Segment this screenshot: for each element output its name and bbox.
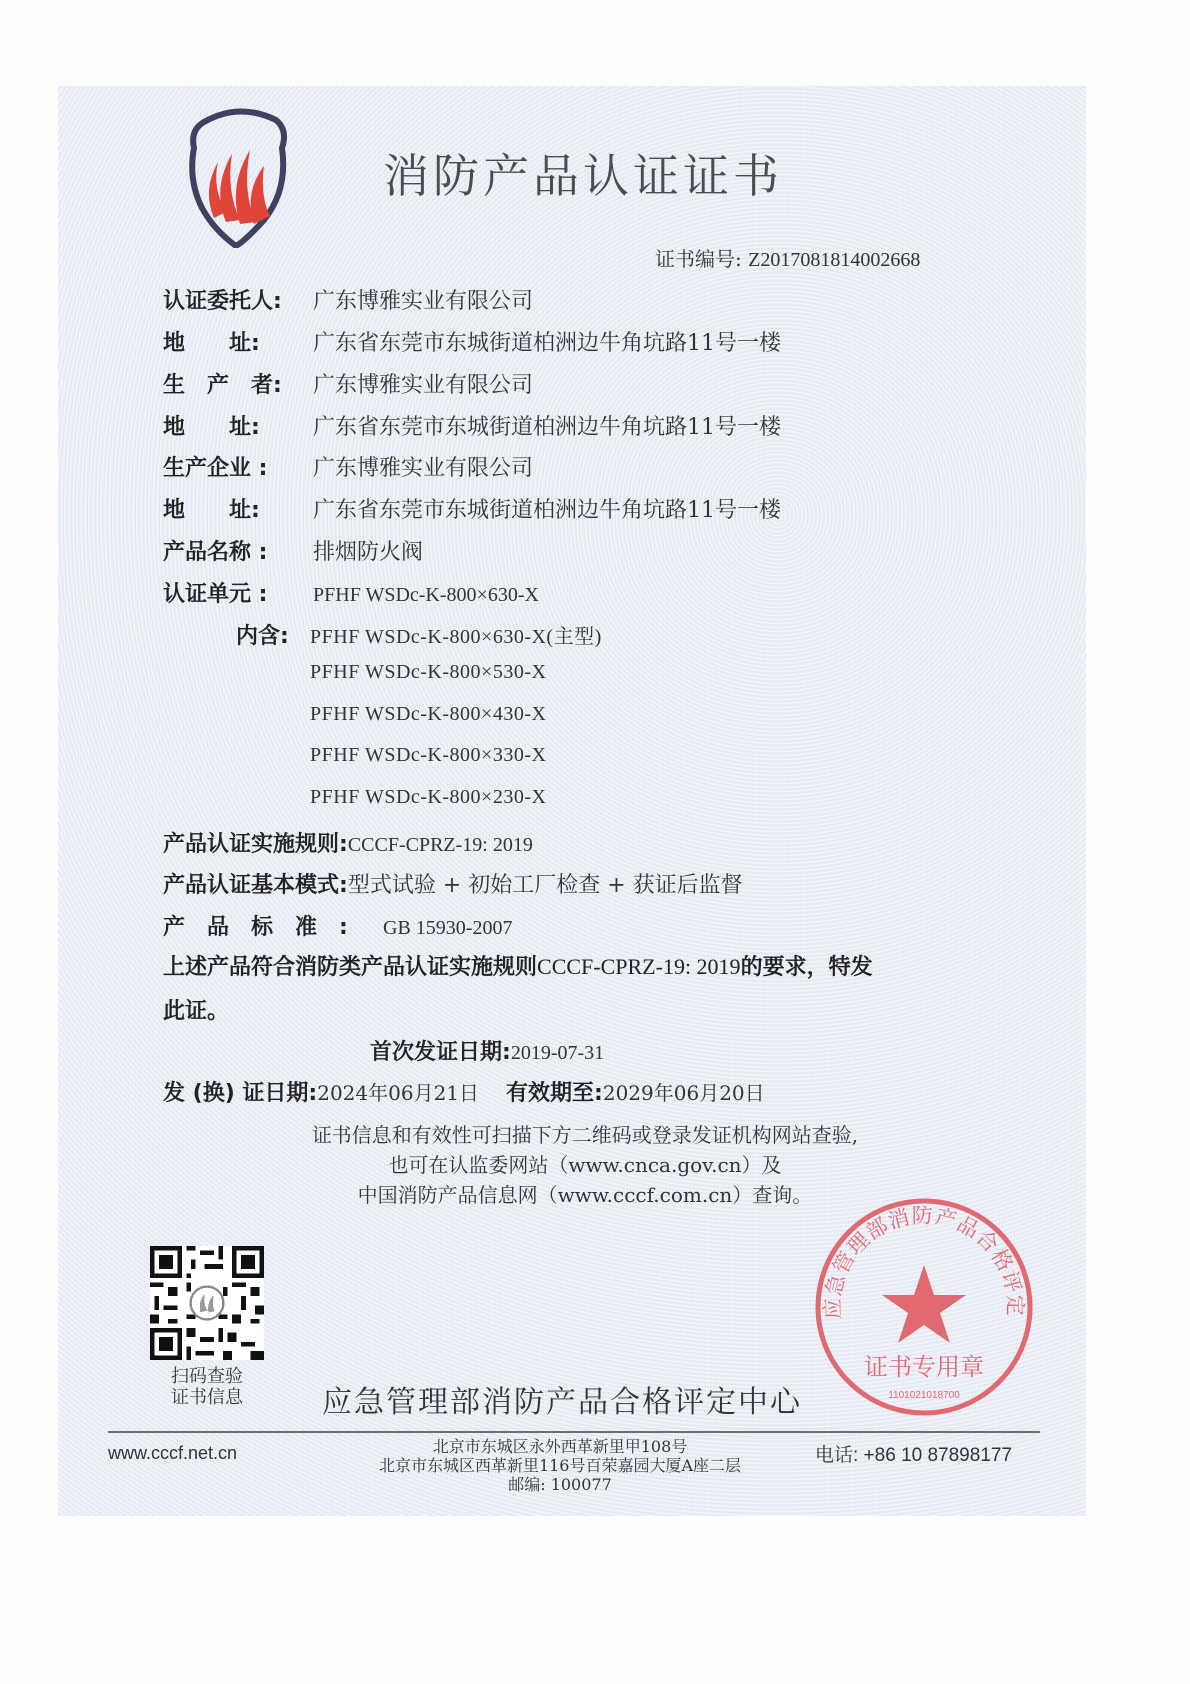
valid-label: 有效期至:	[506, 1076, 603, 1107]
field-value: 广东省东莞市东城街道柏洲边牛角坑路11号一楼	[313, 498, 781, 523]
field-value: 广东省东莞市东城街道柏洲边牛角坑路11号一楼	[313, 331, 781, 356]
qr-code[interactable]	[150, 1246, 264, 1360]
issue-date: 2024年06月21日	[317, 1081, 479, 1105]
first-issue-date: 2019-07-31	[511, 1042, 604, 1064]
certificate-number-label: 证书编号:	[655, 247, 742, 271]
footer-divider	[108, 1431, 1040, 1433]
footer-address: 北京市东城区永外西革新里甲108号 北京市东城区西革新里116号百荣嘉园大厦A座…	[330, 1437, 790, 1494]
field-manufacturer: 生产企业 :广东博雅实业有限公司	[163, 451, 533, 482]
field-certification-unit: 认证单元 :PFHF WSDc-K-800×630-X	[163, 577, 539, 608]
footer-website-link[interactable]: www.cccf.net.cn	[108, 1443, 237, 1464]
stamp-serial: 1101021018700	[888, 1390, 960, 1401]
field-label: 产品认证实施规则:	[163, 827, 348, 858]
model-item: PFHF WSDc-K-800×530-X	[310, 661, 546, 684]
field-applicant: 认证委托人:广东博雅实业有限公司	[163, 284, 533, 315]
field-manufacturer-address: 地 址:广东省东莞市东城街道柏洲边牛角坑路11号一楼	[163, 493, 781, 524]
field-product-name: 产品名称 :排烟防火阀	[163, 535, 423, 566]
certificate-number-value: Z2017081814002668	[748, 249, 920, 271]
field-value: GB 15930-2007	[383, 917, 512, 939]
postcode: 邮编: 100077	[330, 1475, 790, 1494]
qr-caption-line: 扫码查验	[150, 1366, 264, 1387]
note-line: 证书信息和有效性可扫描下方二维码或登录发证机构网站查验,	[120, 1120, 1050, 1150]
qr-caption-line: 证书信息	[150, 1387, 264, 1408]
field-producer-address: 地 址:广东省东莞市东城街道柏洲边牛角坑路11号一楼	[163, 410, 781, 441]
note-line: 也可在认监委网站（www.cnca.gov.cn）及	[120, 1150, 1050, 1180]
compliance-statement: 上述产品符合消防类产品认证实施规则CCCF-CPRZ-19: 2019的要求，特…	[163, 945, 963, 1034]
field-label: 认证委托人:	[163, 284, 313, 315]
footer-phone: 电话: +86 10 87898177	[815, 1440, 1012, 1467]
issue-date-row: 发 (换) 证日期:2024年06月21日 有效期至:2029年06月20日	[163, 1076, 765, 1107]
field-value: PFHF WSDc-K-800×630-X	[313, 584, 539, 606]
field-applicant-address: 地 址:广东省东莞市东城街道柏洲边牛角坑路11号一楼	[163, 326, 781, 357]
field-implementation-rules: 产品认证实施规则:CCCF-CPRZ-19: 2019	[163, 827, 533, 858]
issue-label: 发 (换) 证日期:	[163, 1076, 317, 1107]
field-label: 地 址:	[163, 493, 313, 524]
field-value: 排烟防火阀	[313, 540, 423, 565]
statement-code: CCCF-CPRZ-19: 2019	[537, 954, 741, 979]
statement-text: 的要求，特发	[741, 955, 873, 980]
fire-shield-logo-icon	[184, 100, 294, 248]
issuing-authority: 应急管理部消防产品合格评定中心	[322, 1377, 802, 1421]
field-value: 广东博雅实业有限公司	[313, 456, 533, 481]
statement-text: 此证。	[163, 999, 229, 1024]
field-value: 广东省东莞市东城街道柏洲边牛角坑路11号一楼	[313, 415, 781, 440]
field-label: 生产企业 :	[163, 451, 313, 482]
first-issue-label: 首次发证日期:	[370, 1035, 511, 1066]
field-value: 广东博雅实业有限公司	[313, 373, 533, 398]
address-line: 北京市东城区永外西革新里甲108号	[330, 1437, 790, 1456]
address-line: 北京市东城区西革新里116号百荣嘉园大厦A座二层	[330, 1456, 790, 1475]
field-value: 型式试验 + 初始工厂检查 + 获证后监督	[348, 873, 743, 898]
field-label: 生 产 者:	[163, 368, 313, 399]
contains-label-row: 内含:	[236, 619, 289, 650]
certificate-title: 消防产品认证证书	[383, 140, 783, 206]
model-item: PFHF WSDc-K-800×230-X	[310, 786, 546, 809]
field-certification-mode: 产品认证基本模式:型式试验 + 初始工厂检查 + 获证后监督	[163, 868, 743, 899]
official-seal-stamp: 应急管理部消防产品合格评定中心 证书专用章 1101021018700	[812, 1195, 1036, 1419]
field-product-standard: 产 品 标 准 :GB 15930-2007	[163, 910, 512, 941]
field-value: CCCF-CPRZ-19: 2019	[348, 834, 533, 856]
certificate-number: 证书编号: Z2017081814002668	[655, 243, 920, 272]
field-label: 产品名称 :	[163, 535, 313, 566]
field-producer: 生 产 者:广东博雅实业有限公司	[163, 368, 533, 399]
model-item: PFHF WSDc-K-800×630-X(主型)	[310, 620, 602, 649]
field-label: 产 品 标 准 :	[163, 910, 383, 941]
qr-caption: 扫码查验 证书信息	[150, 1366, 264, 1408]
contains-label: 内含:	[236, 619, 289, 650]
field-value: 广东博雅实业有限公司	[313, 289, 533, 314]
stamp-inner-text: 证书专用章	[864, 1353, 984, 1381]
field-label: 认证单元 :	[163, 577, 313, 608]
field-label: 地 址:	[163, 410, 313, 441]
model-item: PFHF WSDc-K-800×430-X	[310, 703, 546, 726]
model-item: PFHF WSDc-K-800×330-X	[310, 744, 546, 767]
field-label: 产品认证基本模式:	[163, 868, 348, 899]
field-label: 地 址:	[163, 326, 313, 357]
statement-text: 上述产品符合消防类产品认证实施规则	[163, 955, 537, 980]
first-issue-date-row: 首次发证日期:2019-07-31	[370, 1035, 604, 1066]
valid-date: 2029年06月20日	[603, 1081, 765, 1105]
